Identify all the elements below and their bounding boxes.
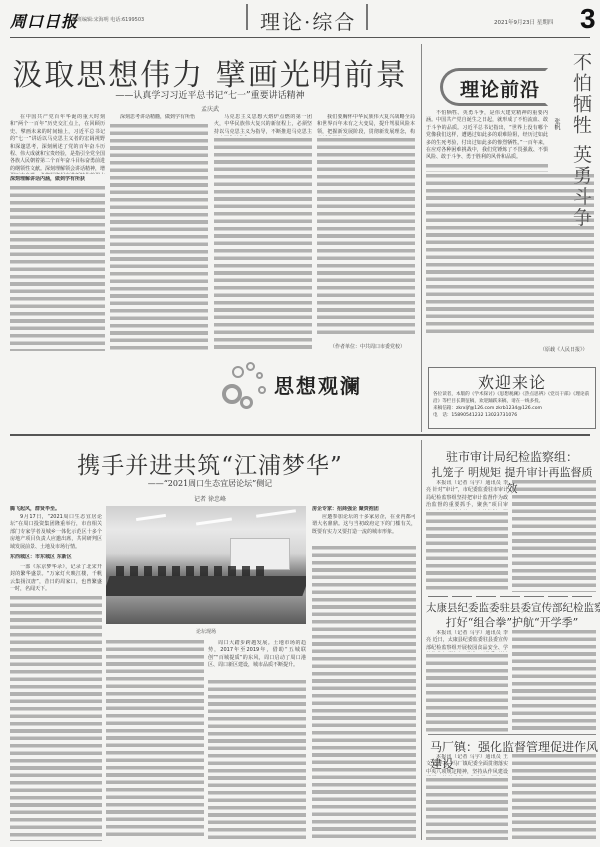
newspaper-logo: 周口日报 bbox=[10, 9, 78, 32]
article-body-text bbox=[426, 174, 594, 334]
forum-article-author: 记者 徐忠峰 bbox=[0, 494, 420, 503]
article-footer: （作者单位：中共周口市委党校） bbox=[330, 343, 405, 350]
article-body-text bbox=[512, 480, 596, 592]
article-paragraph: 本报讯（记者 马宇）通讯员 李亮 针对“审计”，市纪委监委驻市审计局纪检监察组坚… bbox=[426, 480, 508, 510]
article-lead: 腾飞起风，群贤毕至。 bbox=[10, 506, 102, 514]
article-paragraph: 深刻思考讲话精髓，做到学有所悟 bbox=[110, 114, 208, 122]
ceiling-light bbox=[136, 514, 166, 521]
taikang-article-subtitle: 打好“组合拳”护航“开学季” bbox=[428, 614, 596, 630]
ring-icon bbox=[232, 366, 244, 378]
article-paragraph: 本报讯（记者 马宇）通讯员 李亮 近日，太康县纪委监委驻县委宣传部纪检监察组开展… bbox=[426, 630, 508, 652]
main-article-author: 孟庆武 bbox=[0, 104, 420, 113]
column-divider bbox=[421, 44, 422, 432]
article-body-text bbox=[10, 596, 102, 841]
article-paragraph: 9月17日，“2021周口生态宜居论坛”在周口投资集团隆重举行，市直相关部门专家… bbox=[10, 514, 102, 552]
article-paragraph: 在中国共产党百年华诞的重大时刻和“两个一百年”历史交汇点上，在回顾历史、擘画未来… bbox=[10, 114, 105, 174]
section-heading: 深刻理解讲话内涵，做到学有所获 bbox=[10, 176, 105, 184]
ring-icon bbox=[222, 384, 242, 404]
dashed-divider bbox=[428, 596, 596, 597]
theory-frontier-banner: 理论前沿 bbox=[440, 68, 548, 106]
ring-icon bbox=[246, 362, 255, 371]
article-source: （原载《人民日报》） bbox=[540, 346, 588, 353]
forum-photo bbox=[106, 506, 306, 624]
thought-section-logo: 思想观澜 bbox=[222, 360, 392, 410]
photo-caption: 论坛现场 bbox=[106, 628, 306, 635]
submission-phone: 电 话：15890541232 13023731076 bbox=[433, 412, 593, 419]
ring-icon bbox=[240, 396, 253, 409]
ceiling-light bbox=[196, 518, 232, 526]
article-body-text bbox=[512, 754, 596, 840]
column-divider bbox=[421, 440, 422, 840]
article-body-text bbox=[317, 138, 415, 338]
welcome-body: 各位读者，本版的《学术探讨》《思想观澜》《热点思辨》《党员干部》《理论前沿》等栏… bbox=[433, 391, 593, 419]
conference-table bbox=[106, 576, 306, 596]
article-paragraph: 应邀参加论坛的十多家房企，在业内都可谓大名鼎鼎。这与当初政府定下的门槛有关，既要… bbox=[312, 514, 416, 544]
ceiling-light bbox=[256, 509, 296, 518]
audit-article-title: 驻市审计局纪检监察组： bbox=[428, 448, 596, 465]
editor-info: 值班编辑:宋海明 电话:6199503 bbox=[72, 16, 144, 23]
article-body-text bbox=[426, 778, 508, 840]
section-heading: 房企专家：招商强企 聚资抱团 bbox=[312, 506, 416, 514]
page-number: 3 bbox=[580, 3, 596, 35]
thought-section-label: 思想观澜 bbox=[274, 370, 362, 399]
submission-email[interactable]: 来稿信箱：zkrxljf@126.com zkrb1234@126.com bbox=[433, 405, 593, 412]
frontier-article-text: 不怕牺牲、英勇斗争，是伟大建党精神的重要内涵。中国共产党自诞生之日起，就形成了不… bbox=[426, 110, 548, 162]
article-paragraph: 马克思主义思想大熔炉点燃的第一团火，中华民族伟大复兴的新征程上，必须坚持以马克思… bbox=[214, 114, 312, 136]
taikang-article-title: 太康县纪委监委驻县委宣传部纪检监察组： bbox=[426, 600, 598, 615]
welcome-submissions-box: 欢迎来论 各位读者，本版的《学术探讨》《思想观澜》《热点思辨》《党员干部》《理论… bbox=[428, 367, 596, 429]
welcome-invitation: 各位读者，本版的《学术探讨》《思想观澜》《热点思辨》《党员干部》《理论前沿》等栏… bbox=[433, 391, 593, 405]
masthead: 周口日报 值班编辑:宋海明 电话:6199503 理论·综合 2021年9月23… bbox=[10, 0, 590, 38]
article-body-text bbox=[512, 630, 596, 732]
ring-icon bbox=[256, 372, 263, 379]
main-article-subtitle: ——认真学习习近平总书记“七一”重要讲话精神 bbox=[0, 88, 420, 101]
section-divider bbox=[428, 734, 596, 735]
forum-article-subtitle: ——“2021周口生态宜居论坛”侧记 bbox=[0, 478, 420, 489]
article-body-text bbox=[214, 138, 312, 351]
article-body-text bbox=[106, 640, 204, 840]
article-body-text bbox=[110, 124, 208, 351]
divider bbox=[246, 4, 248, 30]
welcome-title: 欢迎来论 bbox=[429, 370, 595, 393]
forum-article-title: 携手并进共筑“江浦梦华” bbox=[0, 447, 420, 480]
article-body-text bbox=[312, 546, 416, 841]
article-body-text bbox=[426, 512, 508, 592]
article-body-text bbox=[10, 186, 105, 351]
divider bbox=[366, 4, 368, 30]
article-paragraph: 一部《东京梦华录》，记录了北宋开封的繁华盛景。“万家灯火映江楼，千帆云集扬汉唐”… bbox=[10, 564, 102, 594]
article-paragraph: 本报讯（记者 马宇）通讯员 王文 近年来，马厂镇纪委全面贯彻落实中央八项规定精神… bbox=[426, 754, 508, 776]
article-body-text bbox=[426, 654, 508, 732]
section-heading: 东西城区：市东城区 东新区 bbox=[10, 554, 102, 562]
article-paragraph: 周口大踏步跨越发展。土地市场的趋势，2017年至2019年，借助“五城联创”“百… bbox=[208, 640, 306, 678]
frontier-article-author: 张帆 bbox=[551, 118, 561, 130]
section-divider bbox=[10, 434, 590, 436]
section-title: 理论·综合 bbox=[260, 6, 356, 35]
article-body-text bbox=[208, 680, 306, 840]
issue-date: 2021年9月23日 星期四 bbox=[494, 18, 553, 26]
theory-frontier-label: 理论前沿 bbox=[460, 75, 540, 102]
ring-icon bbox=[258, 386, 266, 394]
article-body-text bbox=[426, 164, 548, 172]
article-paragraph: 我们要胸怀中华民族伟大复兴战略全局和世界百年未有之大变局，提升驾驭风险本领，把握… bbox=[317, 114, 415, 136]
